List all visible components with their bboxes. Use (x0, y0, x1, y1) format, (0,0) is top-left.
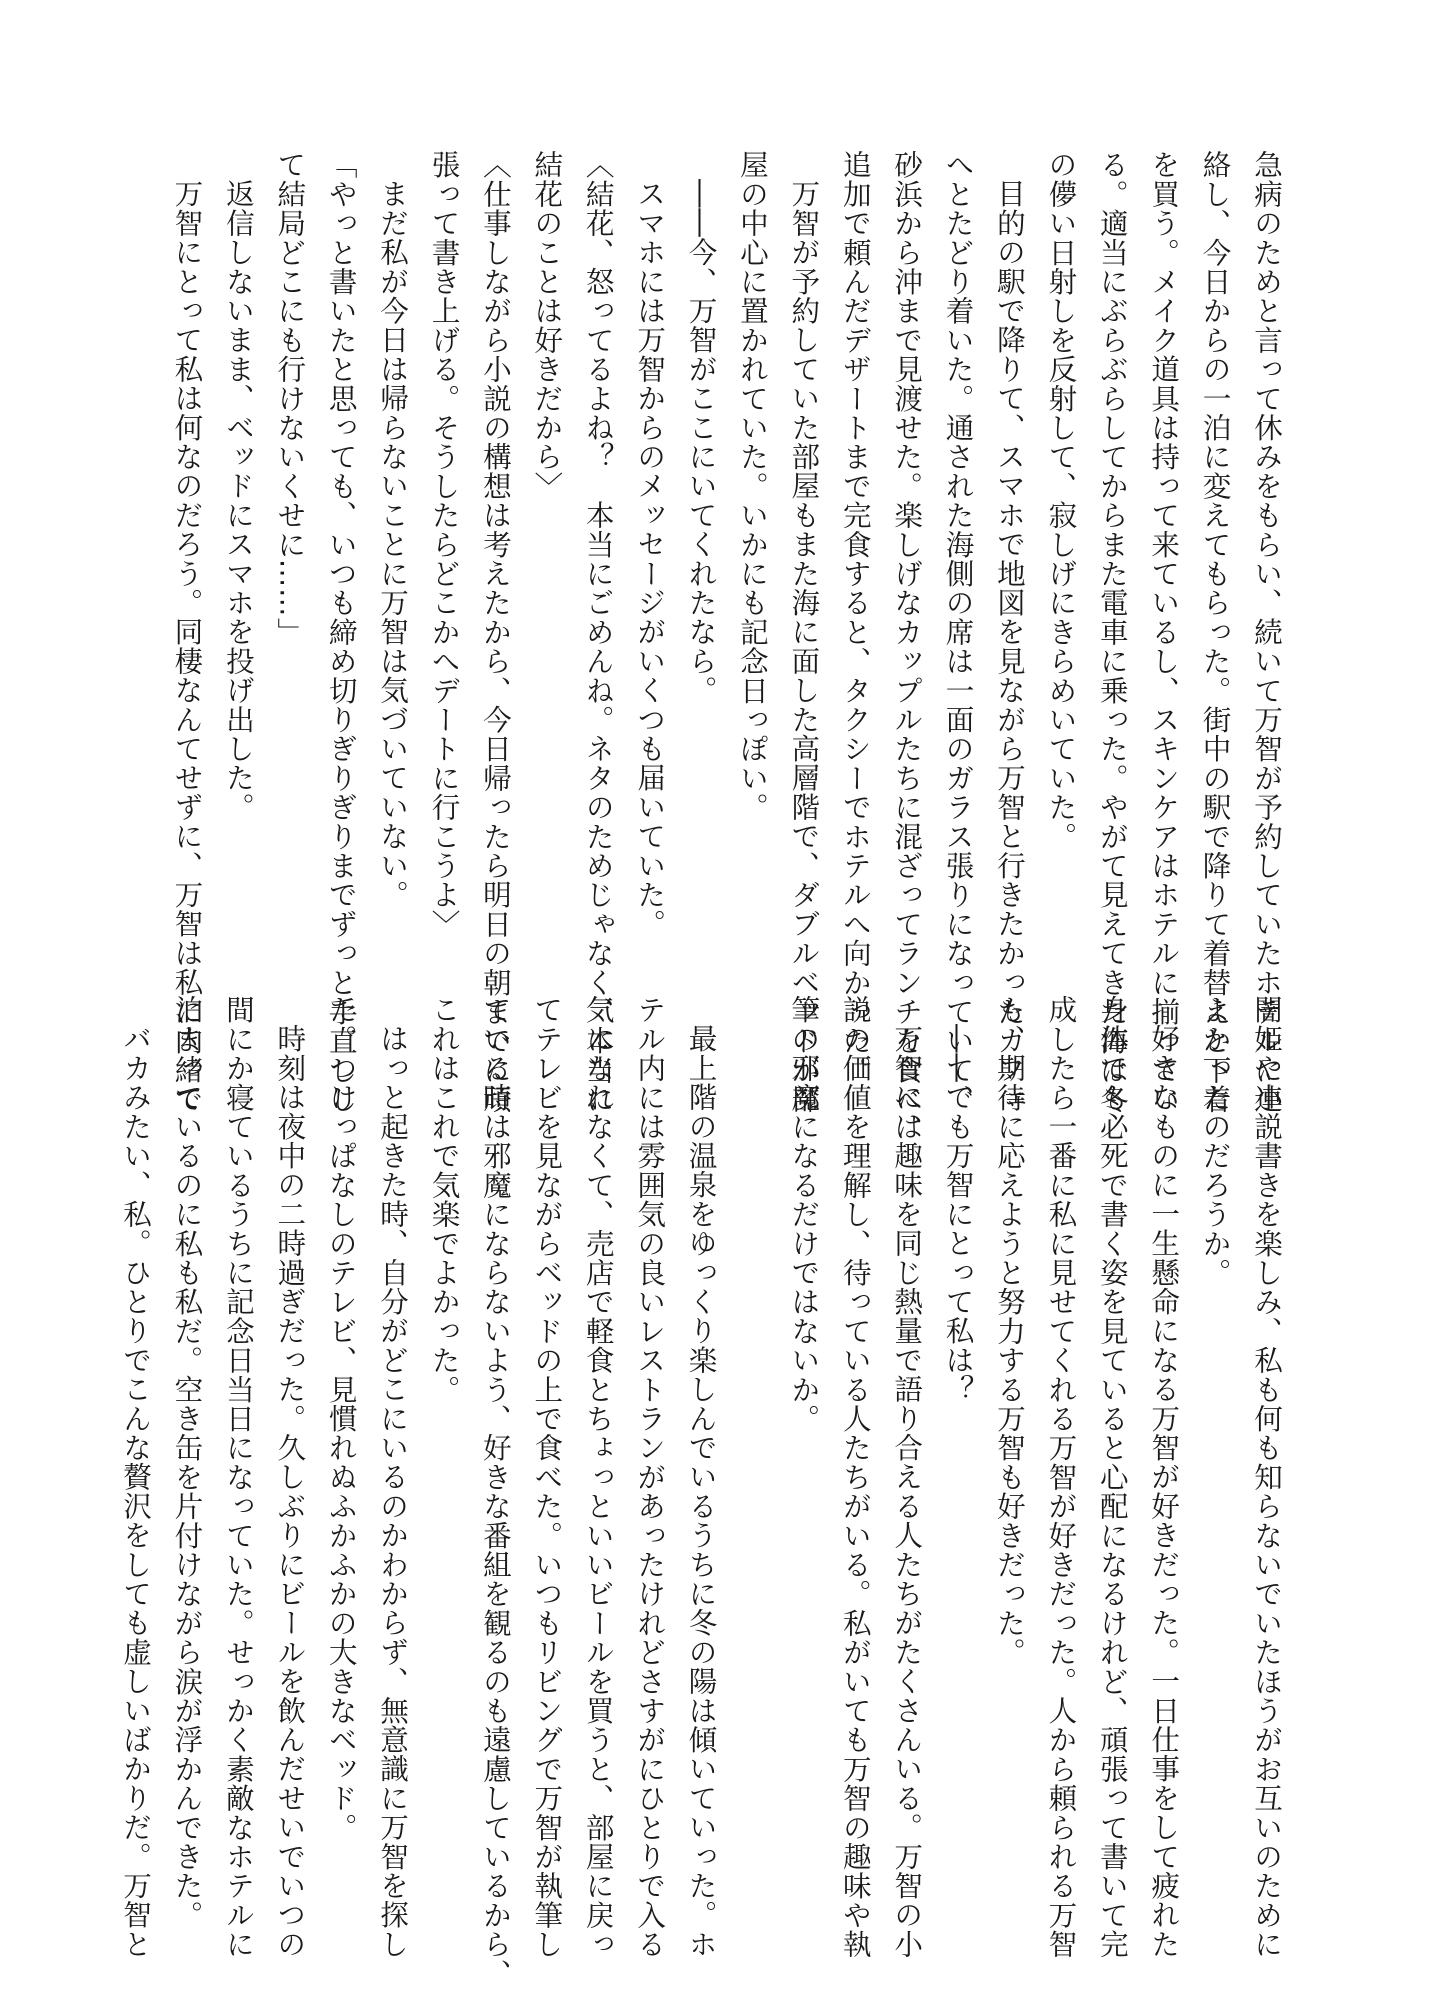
manuscript-page: 急病のためと言って休みをもらい、続いて万智が予約していたホテルに連絡し、今日から… (0, 0, 1430, 2000)
text-line: てテレビを見ながらベッドの上で食べた。いつもリビングで万智が執筆し (521, 995, 572, 1875)
text-line: 砂浜から沖まで見渡せた。楽しげなカップルたちに混ざってランチを食べ、 (881, 150, 932, 950)
text-line: 〈結花、怒ってるよね？ 本当にごめんね。ネタのためじゃなく、本当に (572, 150, 623, 950)
text-line: 泊まっているのに私も私だ。空き缶を片付けながら涙が浮かんできた。 (161, 995, 212, 1875)
text-line: よかったのだろうか。 (1189, 995, 1240, 1875)
text-line: ――今、万智がここにいてくれたなら。 (675, 150, 726, 950)
text-line: の儚い日射しを反射して、寂しげにきらめいていた。 (1035, 150, 1086, 950)
lower-text-tier: 闇姫や小説書きを楽しみ、私も何も知らないでいたほうがお互いのためによかったのだろ… (152, 995, 1292, 1875)
text-line: 急病のためと言って休みをもらい、続いて万智が予約していたホテルに連 (1241, 150, 1292, 950)
text-line: 絡し、今日からの一泊に変えてもらった。街中の駅で降りて着替えと下着 (1189, 150, 1240, 950)
text-line: へとたどり着いた。通された海側の席は一面のガラス張りになっていて、 (932, 150, 983, 950)
text-line: 気になれなくて、売店で軽食とちょっといいビールを買うと、部屋に戻っ (572, 995, 623, 1875)
blank-line (727, 995, 778, 1875)
text-line: 結花のことは好きだから〉 (521, 150, 572, 950)
text-line: テル内には雰囲気の良いレストランがあったけれどさすがにひとりで入る (624, 995, 675, 1875)
text-line: 身体でも必死で書く姿を見ていると心配になるけれど、頑張って書いて完 (1086, 995, 1137, 1875)
text-line: る。適当にぶらぶらしてからまた電車に乗った。やがて見えてきた海は冬 (1086, 150, 1137, 950)
text-line: も、期待に応えようと努力する万智も好きだった。 (984, 995, 1035, 1875)
text-line: ――でも万智にとって私は？ (932, 995, 983, 1875)
text-line: ている時は邪魔にならないよう、好きな番組を観るのも遠慮しているから、 (470, 995, 521, 1875)
text-line: 時刻は夜中の二時過ぎだった。久しぶりにビールを飲んだせいでいつの (264, 995, 315, 1875)
text-line: 返信しないまま、ベッドにスマホを投げ出した。 (212, 150, 263, 950)
text-line: 追加で頼んだデザートまで完食すると、タクシーでホテルへ向かった。 (829, 150, 880, 950)
text-line: はっと起きた時、自分がどこにいるのかわからず、無意識に万智を探し (367, 995, 418, 1875)
text-line: 〈仕事しながら小説の構想は考えたから、今日帰ったら明日の朝までに頑 (470, 150, 521, 950)
upper-text-tier: 急病のためと言って休みをもらい、続いて万智が予約していたホテルに連絡し、今日から… (152, 150, 1292, 950)
text-line: 説の価値を理解し、待っている人たちがいる。私がいても万智の趣味や執 (829, 995, 880, 1875)
text-line: 成したら一番に私に見せてくれる万智が好きだった。人から頼られる万智 (1035, 995, 1086, 1875)
text-line: 間にか寝ているうちに記念日当日になっていた。せっかく素敵なホテルに (212, 995, 263, 1875)
text-line: 筆の邪魔になるだけではないか。 (778, 995, 829, 1875)
text-line: 万智が予約していた部屋もまた海に面した高層階で、ダブルベッドが部 (778, 150, 829, 950)
text-line: を買う。メイク道具は持って来ているし、スキンケアはホテルに揃ってい (1138, 150, 1189, 950)
text-line: まだ私が今日は帰らないことに万智は気づいていない。 (367, 150, 418, 950)
text-line: 屋の中心に置かれていた。いかにも記念日っぽい。 (727, 150, 778, 950)
text-line: 最上階の温泉をゆっくり楽しんでいるうちに冬の陽は傾いていった。ホ (675, 995, 726, 1875)
text-line: 万智にとって私は何なのだろう。同棲なんてせずに、万智は私に内緒で (161, 150, 212, 950)
text-line: バカみたい、私。ひとりでこんな贅沢をしても虚しいばかりだ。万智と (110, 995, 161, 1875)
text-line: 闇姫や小説書きを楽しみ、私も何も知らないでいたほうがお互いのために (1241, 995, 1292, 1875)
text-line: スマホには万智からのメッセージがいくつも届いていた。 (624, 150, 675, 950)
text-line: 張って書き上げる。そうしたらどこかへデートに行こうよ〉 (418, 150, 469, 950)
text-line: 万智には趣味を同じ熱量で語り合える人たちがたくさんいる。万智の小 (881, 995, 932, 1875)
text-line: て結局どこにも行けないくせに……」 (264, 150, 315, 950)
text-line: これはこれで気楽でよかった。 (418, 995, 469, 1875)
text-line: 目的の駅で降りて、スマホで地図を見ながら万智と行きたかったカフェ (984, 150, 1035, 950)
text-line: 好きなものに一生懸命になる万智が好きだった。一日仕事をして疲れた (1138, 995, 1189, 1875)
text-line: た。つけっぱなしのテレビ、見慣れぬふかふかの大きなベッド。 (315, 995, 366, 1875)
text-line: 「やっと書いたと思っても、いつも締め切りぎりぎりまでずっと手直しし (315, 150, 366, 950)
